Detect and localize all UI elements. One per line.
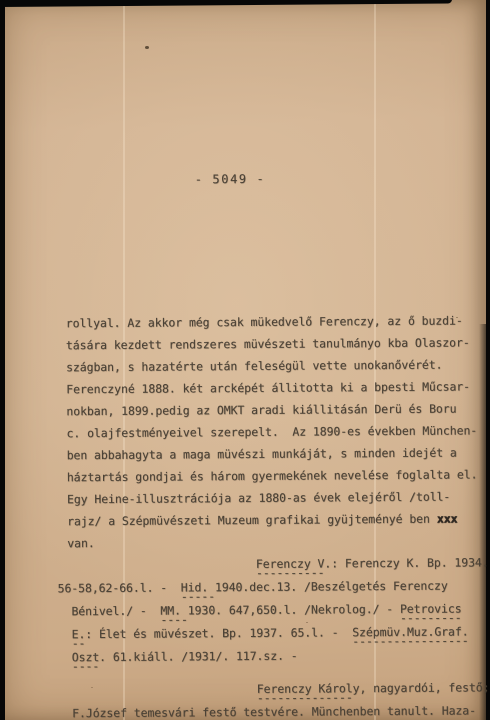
main-paragraph: rollyal. Az akkor még csak mükedvelő Fer… [66, 309, 478, 554]
typewriter-text: tására kezdett rendszeres müvészeti tanu… [66, 335, 470, 352]
typewriter-line: F.József temesvári festő testvére. Münch… [58, 699, 489, 720]
typewriter-line: E.: Élet és müvészet. Bp. 1937. 65.l. - … [58, 620, 489, 646]
typewriter-line: ben abbahagyta a maga müvészi munkáját, … [67, 441, 478, 466]
typewriter-line: nokban, 1899.pedig az OMKT aradi kiállit… [66, 397, 477, 422]
typewriter-line: szágban, s hazatérte után feleségül vett… [66, 353, 477, 378]
typewriter-line: Ferenczy V.: Ferenczy K. Bp. 1934. -----… [57, 551, 488, 577]
typewriter-text: nokban, 1899.pedig az OMKT aradi kiállit… [66, 402, 456, 419]
typewriter-line: rajz/ a Szépmüvészeti Muzeum grafikai gy… [67, 507, 478, 532]
typewriter-text: szágban, s hazatérte után feleségül vett… [66, 358, 442, 375]
page-number: - 5049 - [195, 172, 266, 186]
typewriter-line: Bénivel./ - MM. 1930. 647,650.l. /Nekrol… [58, 597, 489, 623]
typewriter-line: háztartás gondjai és három gyermekének n… [67, 463, 478, 488]
overstruck-text: xxx [437, 512, 458, 526]
typewritten-ink-layer: - 5049 - rollyal. Az akkor még csak müke… [0, 0, 490, 720]
typewriter-line: Ferenczyné 1888. két arcképét állitotta … [66, 375, 477, 400]
entry-heading-block: Ferenczy Károly, nagyardói, festő; -----… [58, 676, 489, 720]
typewriter-text: háztartás gondjai és három gyermekének n… [67, 467, 478, 484]
typewriter-text: rollyal. Az akkor még csak mükedvelő Fer… [66, 313, 463, 330]
typewriter-text: F.József temesvári festő testvére. Münch… [58, 703, 476, 720]
typewriter-text: c. olajfestményeivel szerepelt. Az 1890-… [66, 423, 477, 440]
scanned-document-page: - 5049 - rollyal. Az akkor még csak müke… [0, 0, 490, 720]
typewriter-text: van. [67, 536, 94, 550]
typed-underline: ---- [58, 661, 99, 671]
typewriter-line: van. [67, 529, 478, 554]
typewriter-line: Egy Heine-illusztrációja az 1880-as évek… [67, 485, 478, 510]
typewriter-line: 56-58,62-66.l. - Hid. 1940.dec.13. /Besz… [58, 574, 489, 600]
typewriter-line: rollyal. Az akkor még csak mükedvelő Fer… [66, 309, 477, 334]
typewriter-text: Ferenczyné 1888. két arcképét állitotta … [66, 379, 470, 396]
typewriter-line: Ferenczy Károly, nagyardói, festő; -----… [58, 676, 489, 702]
typewriter-line: Oszt. 61.kiáll. /1931/. 117.sz. - ---- [58, 643, 489, 669]
typewriter-text: ben abbahagyta a maga müvészi munkáját, … [67, 446, 457, 463]
bibliography-block: Ferenczy V.: Ferenczy K. Bp. 1934. -----… [57, 551, 489, 669]
typewriter-text: rajz/ a Szépmüvészeti Muzeum grafikai gy… [67, 512, 437, 529]
typewriter-line: c. olajfestményeivel szerepelt. Az 1890-… [66, 419, 477, 444]
typewriter-line: tására kezdett rendszeres müvészeti tanu… [66, 331, 477, 356]
typewriter-text: Egy Heine-illusztrációja az 1880-as évek… [67, 490, 450, 507]
